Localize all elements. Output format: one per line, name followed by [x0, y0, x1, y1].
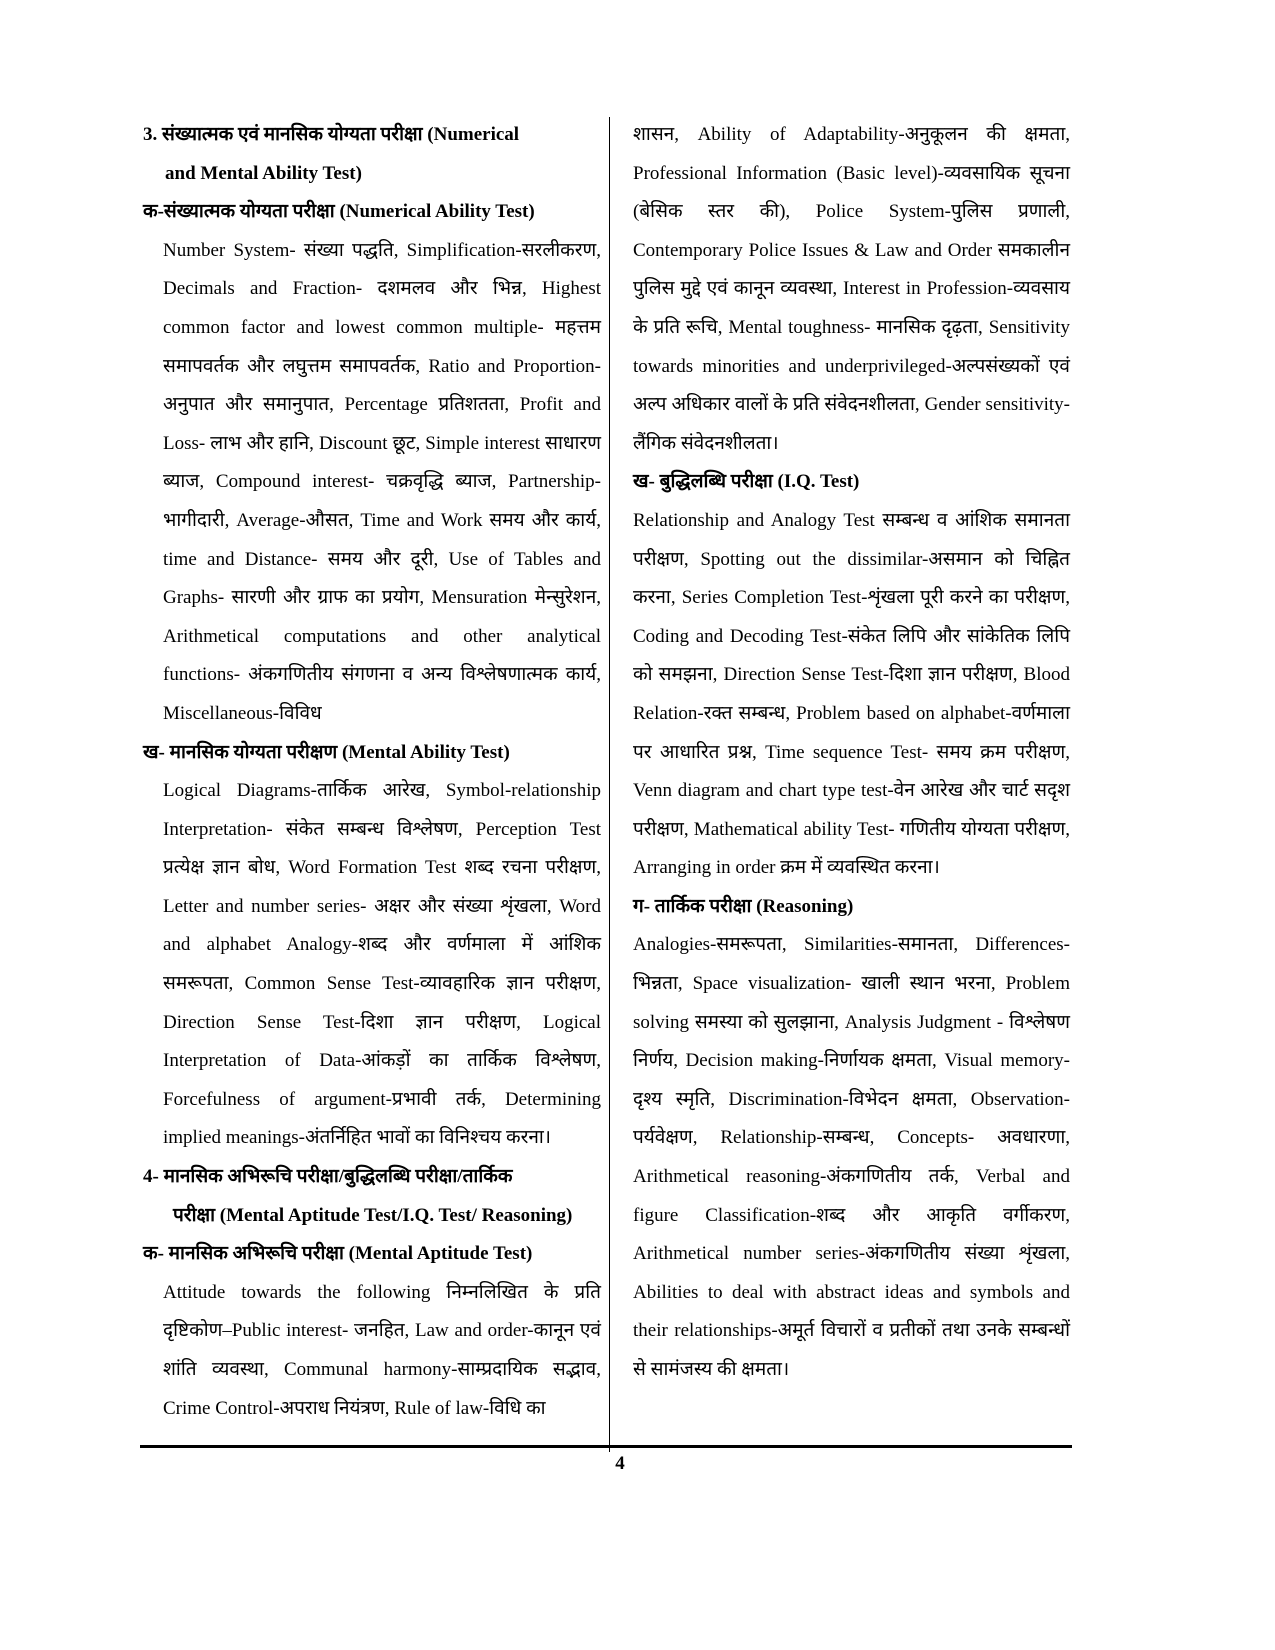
section-3-heading-line2: and Mental Ability Test)	[143, 155, 601, 194]
mental-aptitude-heading: क- मानसिक अभिरूचि परीक्षा (Mental Aptitu…	[143, 1235, 601, 1274]
section-3-heading: 3. संख्यात्मक एवं मानसिक योग्यता परीक्षा…	[143, 116, 601, 193]
section-4-heading: 4- मानसिक अभिरूचि परीक्षा/बुद्धिलब्धि पर…	[143, 1158, 601, 1235]
mental-ability-topics: Logical Diagrams-तार्किक आरेख, Symbol-re…	[143, 772, 601, 1158]
mental-aptitude-topics: Attitude towards the following निम्नलिखि…	[143, 1274, 601, 1428]
section-3-heading-line1: 3. संख्यात्मक एवं मानसिक योग्यता परीक्षा…	[143, 124, 519, 145]
numerical-ability-topics: Number System- संख्या पद्धति, Simplifica…	[143, 232, 601, 734]
mental-ability-heading: ख- मानसिक योग्यता परीक्षण (Mental Abilit…	[143, 734, 601, 773]
reasoning-topics: Analogies-समरूपता, Similarities-समानता, …	[633, 926, 1070, 1389]
left-column: 3. संख्यात्मक एवं मानसिक योग्यता परीक्षा…	[143, 116, 601, 1428]
mental-aptitude-topics-continued: शासन, Ability of Adaptability-अनुकूलन की…	[633, 116, 1070, 463]
reasoning-heading: ग- तार्किक परीक्षा (Reasoning)	[633, 888, 1070, 927]
numerical-ability-heading: क-संख्यात्मक योग्यता परीक्षा (Numerical …	[143, 193, 601, 232]
section-4-heading-line2: परीक्षा (Mental Aptitude Test/I.Q. Test/…	[143, 1197, 601, 1236]
section-4-heading-line1: 4- मानसिक अभिरूचि परीक्षा/बुद्धिलब्धि पर…	[143, 1166, 512, 1187]
page-number: 4	[0, 1453, 1240, 1475]
right-column: शासन, Ability of Adaptability-अनुकूलन की…	[633, 116, 1070, 1390]
iq-test-heading: ख- बुद्धिलब्धि परीक्षा (I.Q. Test)	[633, 463, 1070, 502]
iq-test-topics: Relationship and Analogy Test सम्बन्ध व …	[633, 502, 1070, 888]
column-divider	[609, 117, 610, 1452]
bottom-rule	[140, 1445, 1072, 1448]
